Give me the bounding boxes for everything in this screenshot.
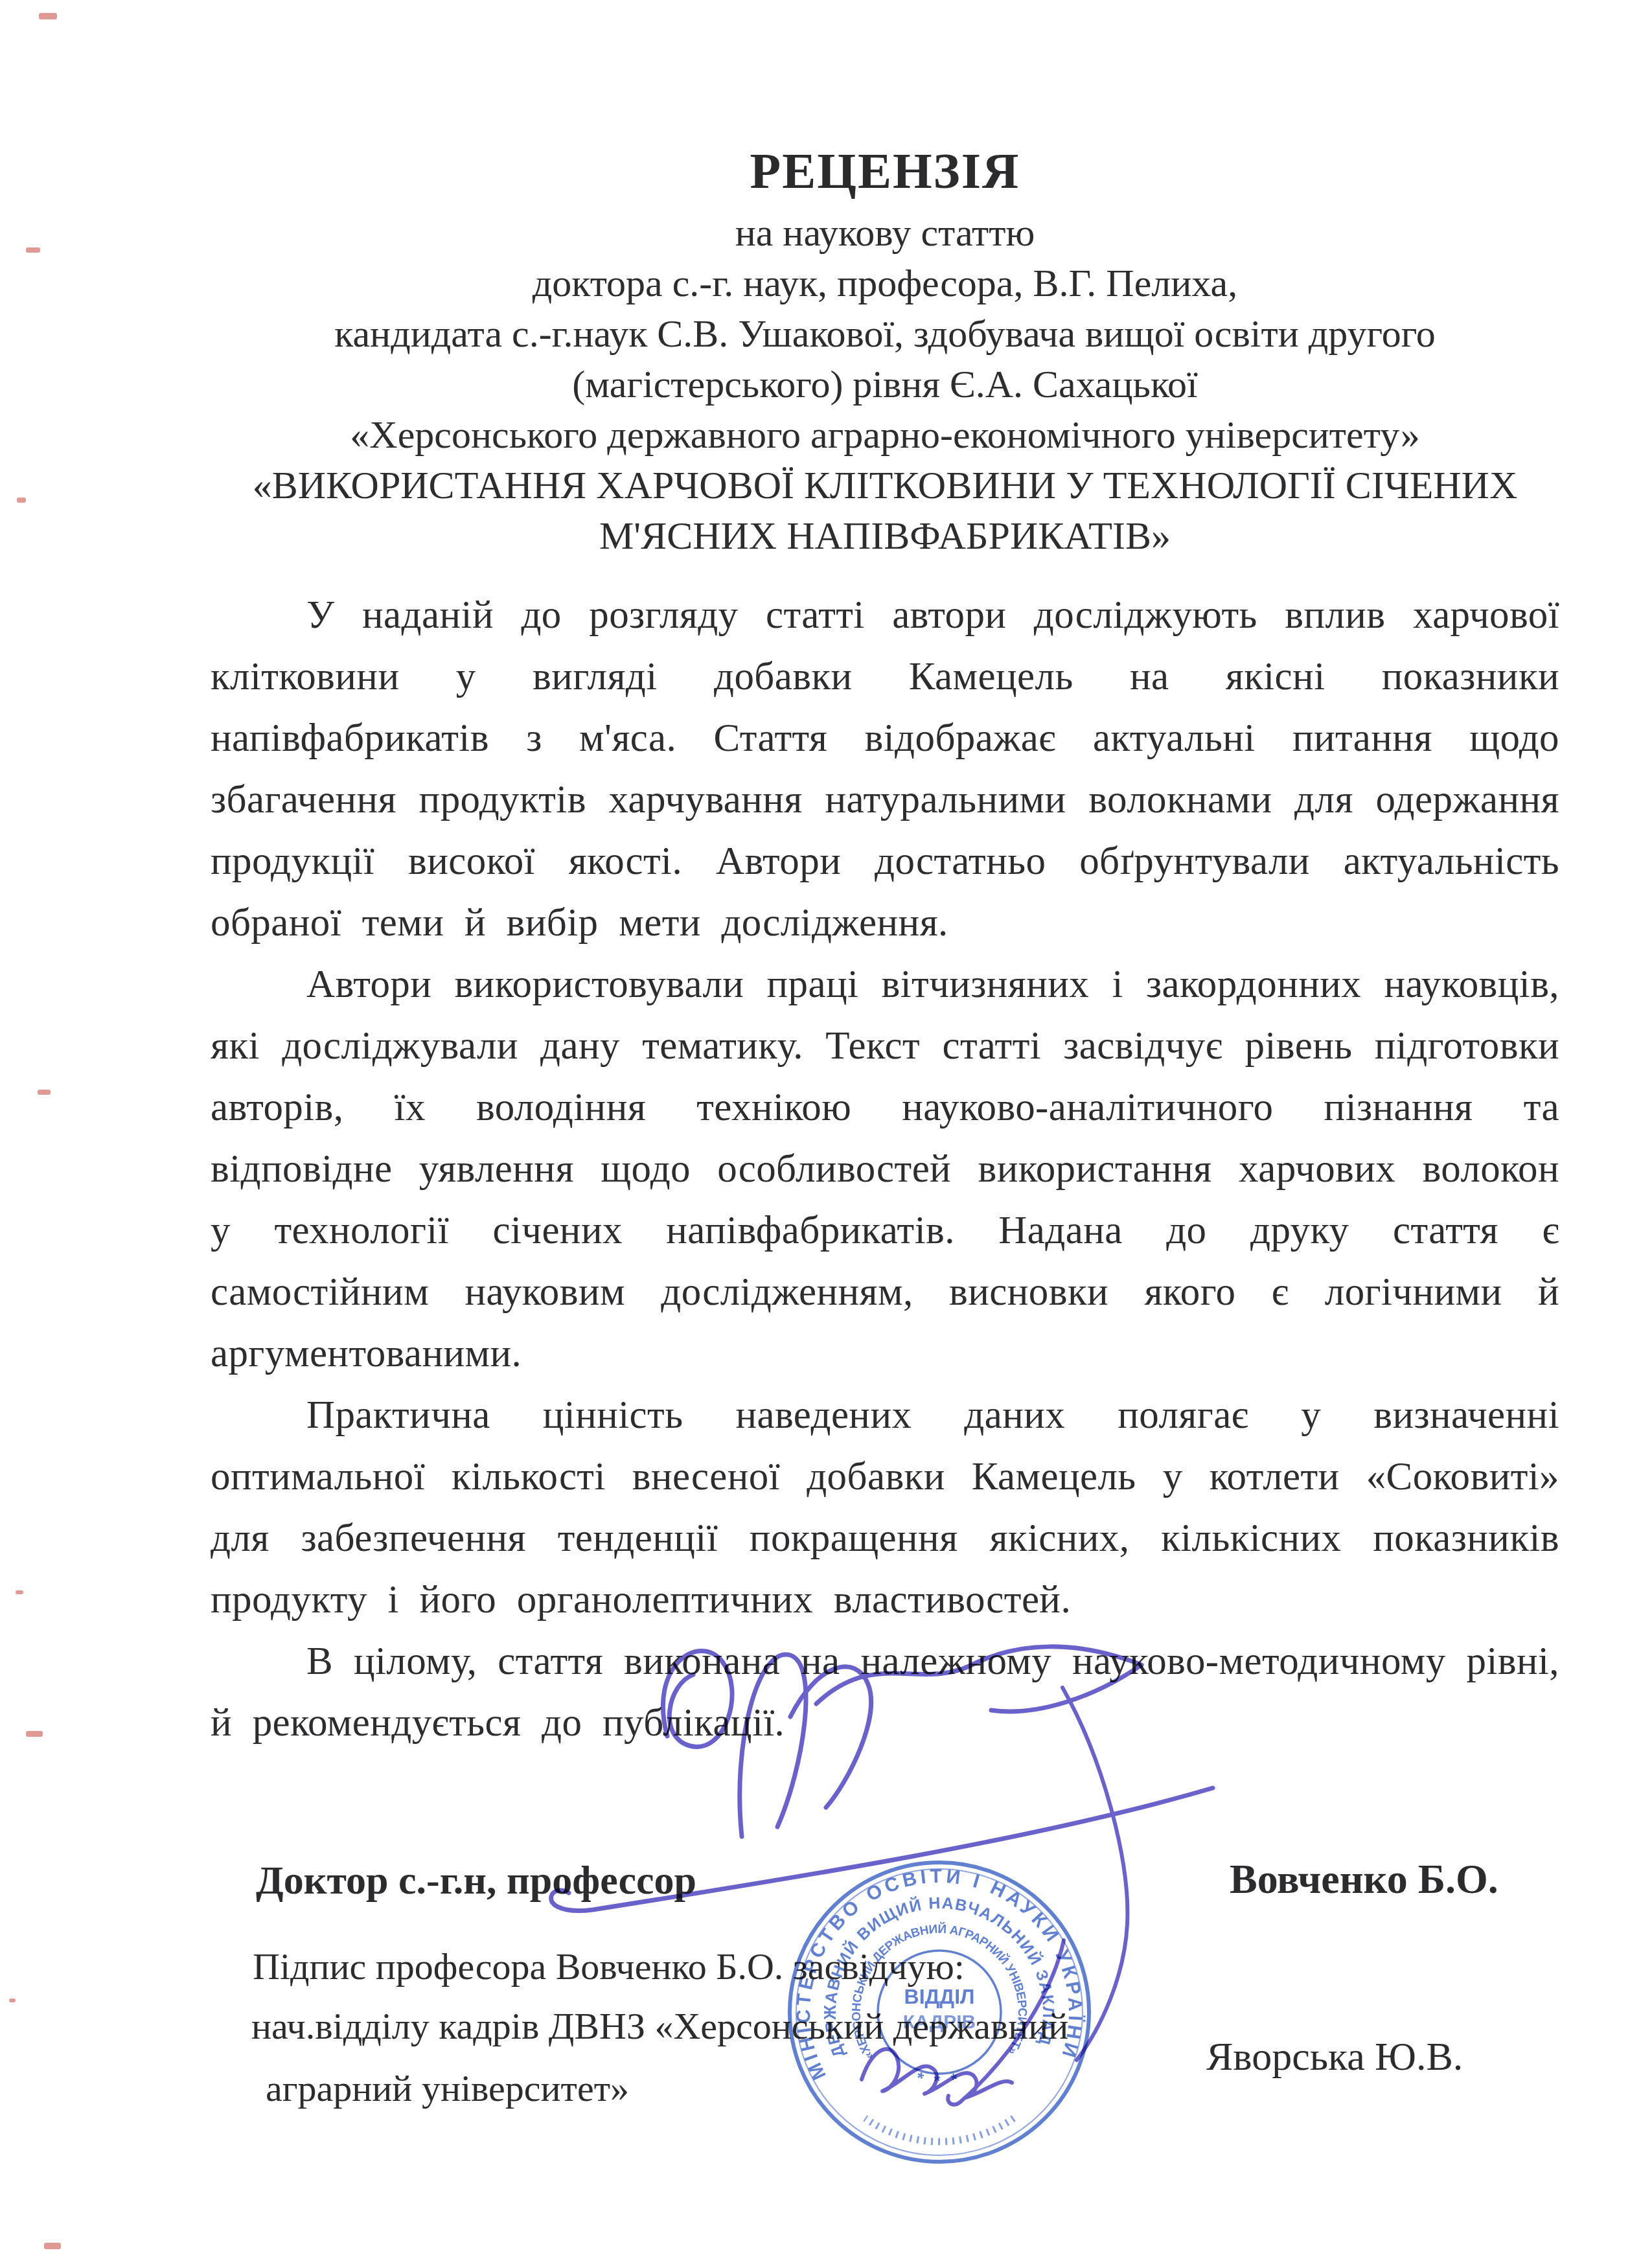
header-line-5: «Херсонського державного аграрно-економі…: [211, 409, 1559, 460]
ink-signature: [453, 1587, 1296, 2170]
signature-tall-loop-1: [740, 1655, 806, 1837]
document-body: У наданій до розгляду статті автори досл…: [211, 584, 1559, 1754]
scan-artifact: [26, 1731, 43, 1737]
signature-underline: [551, 1788, 1213, 1911]
document-title: РЕЦЕНЗІЯ: [211, 141, 1559, 201]
scanned-document-page: РЕЦЕНЗІЯ на наукову статтю доктора с.-г.…: [0, 0, 1652, 2268]
header-line-1: на наукову статтю: [211, 207, 1559, 258]
header-line-2: доктора с.-г. наук, професора, В.Г. Пели…: [211, 258, 1559, 308]
scan-artifact: [44, 2243, 61, 2249]
header-line-4: (магістерського) рівня Є.А. Сахацької: [211, 359, 1559, 409]
scan-artifact: [16, 1590, 23, 1594]
paragraph-2: Автори використовували праці вітчизняних…: [211, 954, 1559, 1384]
scan-artifact: [38, 1090, 51, 1095]
signature-loop-left: [663, 1651, 732, 1747]
header-line-3: кандидата с.-г.наук С.В. Ушакової, здобу…: [211, 308, 1559, 359]
scan-artifact: [39, 13, 57, 19]
article-title-line-2: М'ЯСНИХ НАПІВФАБРИКАТІВ»: [211, 510, 1559, 561]
signature-descender: [1062, 1688, 1127, 2060]
document-content: РЕЦЕНЗІЯ на наукову статтю доктора с.-г.…: [211, 141, 1559, 1754]
scan-artifact: [9, 1999, 16, 2002]
paragraph-1: У наданій до розгляду статті автори досл…: [211, 584, 1559, 954]
scan-artifact: [26, 247, 40, 253]
scan-artifact: [17, 498, 26, 503]
article-title-line-1: «ВИКОРИСТАННЯ ХАРЧОВОЇ КЛІТКОВИНИ У ТЕХН…: [211, 460, 1559, 510]
